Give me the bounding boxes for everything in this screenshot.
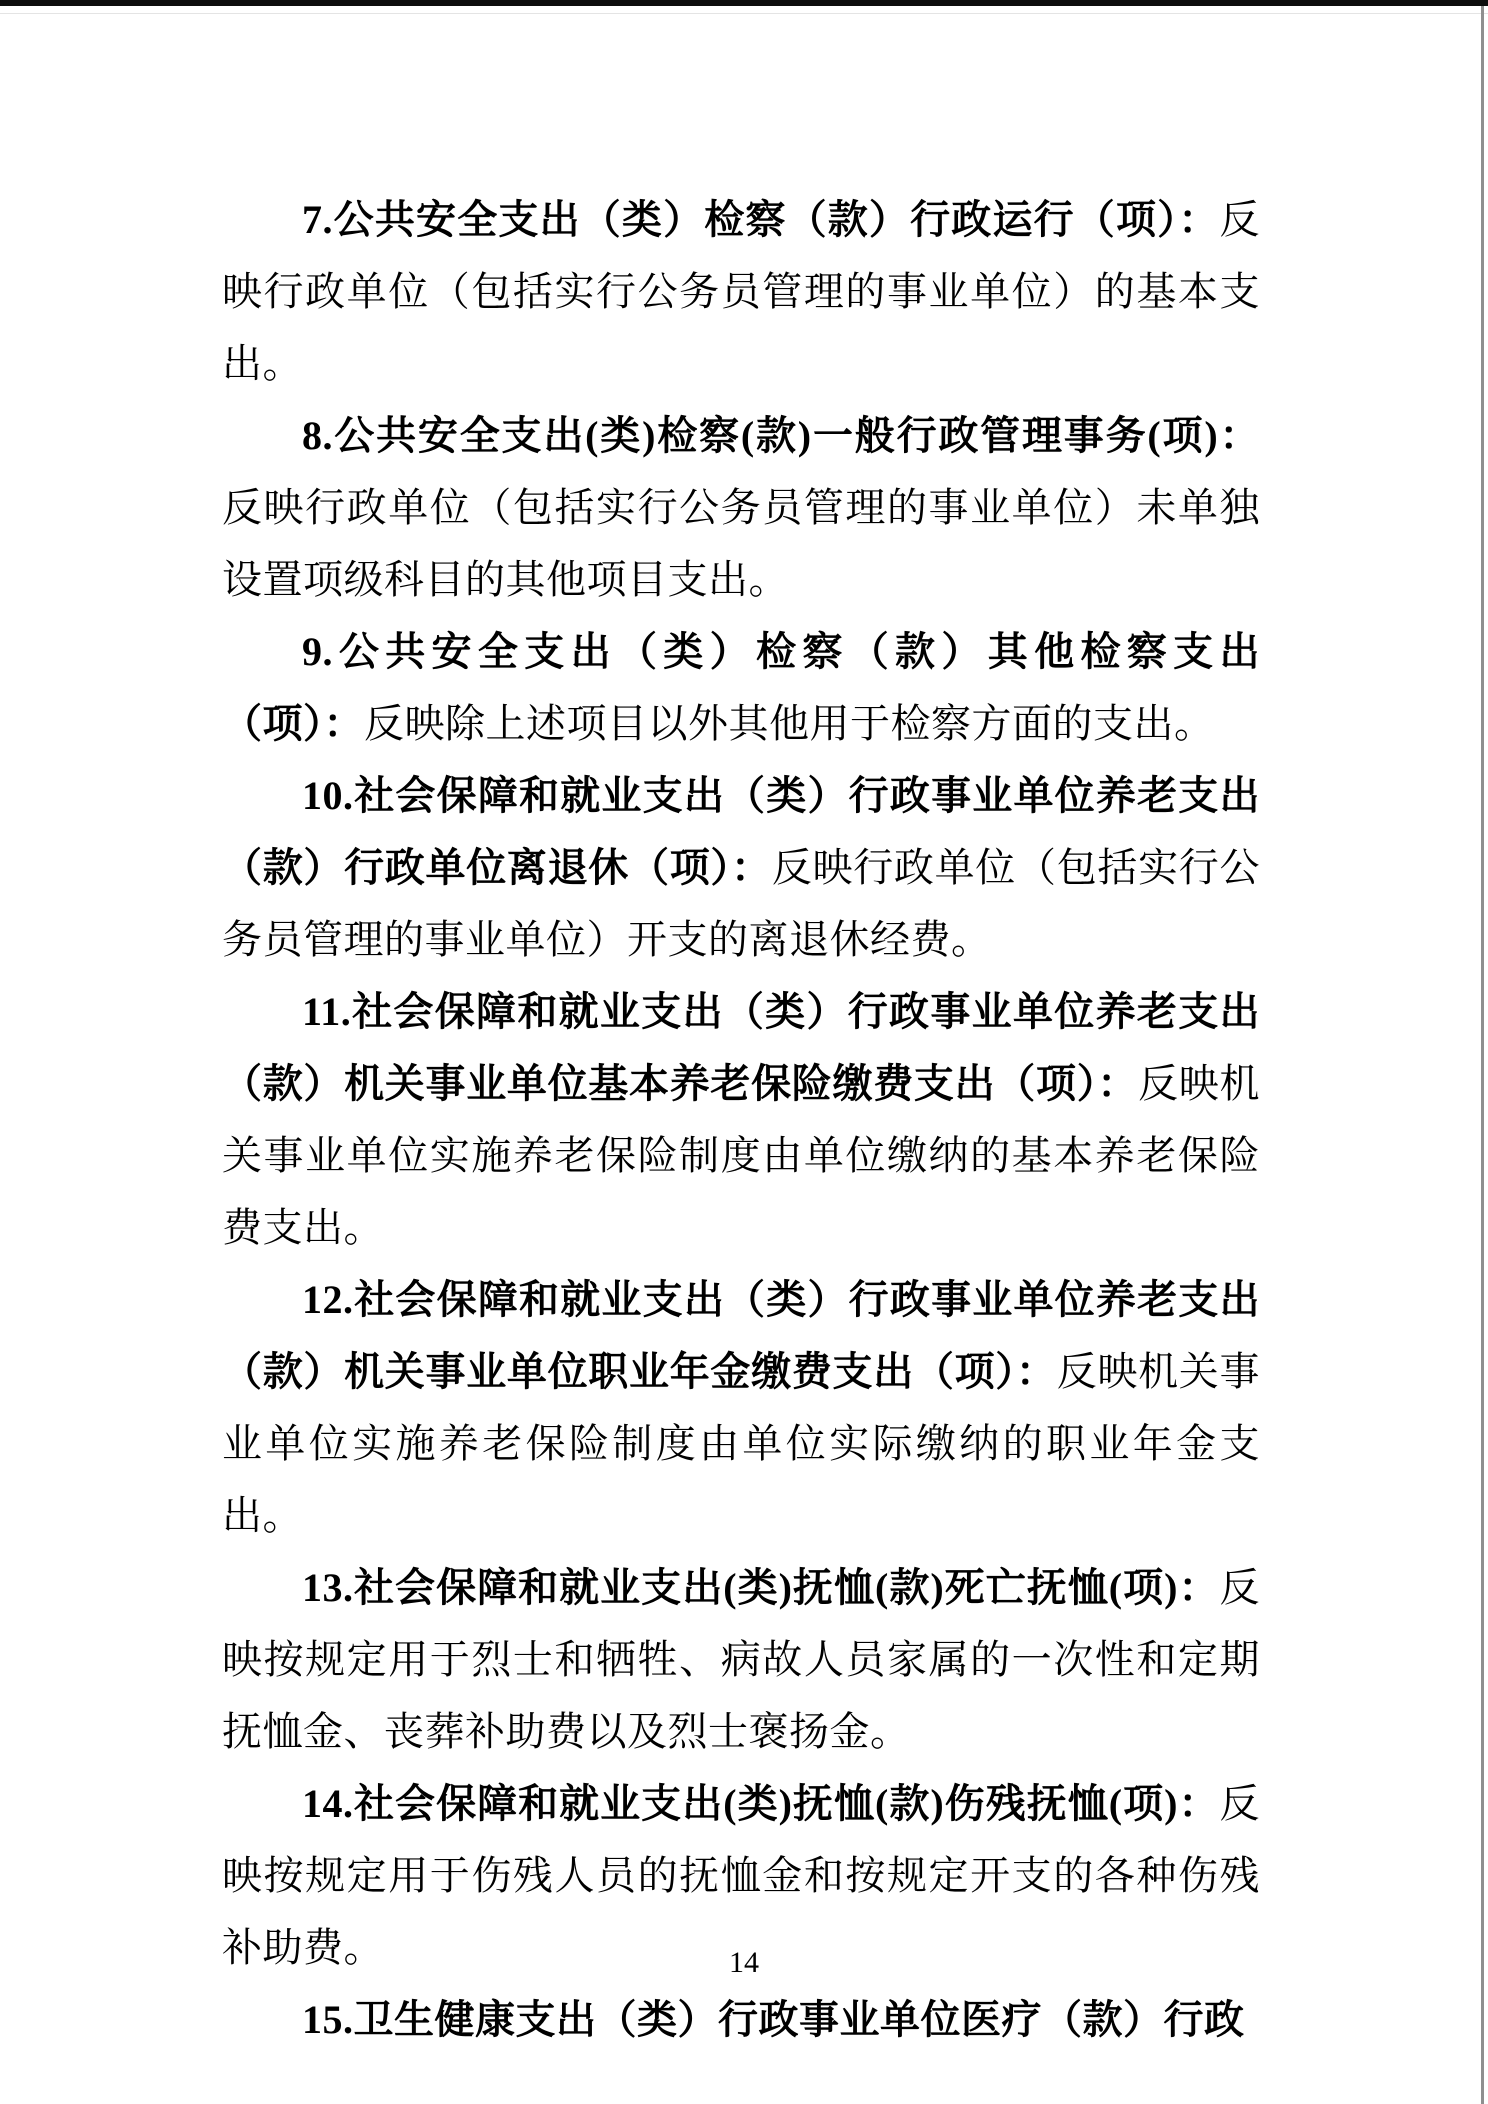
scan-top-edge-shadow bbox=[0, 13, 1488, 14]
budget-item-8-heading: 8.公共安全支出(类)检察(款)一般行政管理事务(项)： bbox=[302, 413, 1260, 458]
budget-item-11: 11.社会保障和就业支出（类）行政事业单位养老支出（款）机关事业单位基本养老保险… bbox=[222, 976, 1260, 1264]
budget-item-9-description: 反映除上述项目以外其他用于检察方面的支出。 bbox=[364, 701, 1215, 746]
page-number: 14 bbox=[0, 1946, 1488, 1980]
text-block: 7.公共安全支出（类）检察（款）行政运行（项）：反映行政单位（包括实行公务员管理… bbox=[222, 184, 1260, 2056]
budget-item-14-heading: 14.社会保障和就业支出(类)抚恤(款)伤残抚恤(项)： bbox=[302, 1781, 1220, 1826]
document-page: 7.公共安全支出（类）检察（款）行政运行（项）：反映行政单位（包括实行公务员管理… bbox=[0, 0, 1488, 2104]
budget-item-8: 8.公共安全支出(类)检察(款)一般行政管理事务(项)：反映行政单位（包括实行公… bbox=[222, 400, 1260, 616]
budget-item-7-heading: 7.公共安全支出（类）检察（款）行政运行（项）： bbox=[302, 197, 1220, 242]
scan-top-edge bbox=[0, 0, 1488, 6]
budget-item-13: 13.社会保障和就业支出(类)抚恤(款)死亡抚恤(项)：反映按规定用于烈士和牺牲… bbox=[222, 1552, 1260, 1768]
budget-item-9: 9.公共安全支出（类）检察（款）其他检察支出（项）：反映除上述项目以外其他用于检… bbox=[222, 616, 1260, 760]
scan-right-edge bbox=[1481, 6, 1484, 2104]
budget-item-8-description: 反映行政单位（包括实行公务员管理的事业单位）未单独设置项级科目的其他项目支出。 bbox=[222, 485, 1260, 602]
budget-item-10: 10.社会保障和就业支出（类）行政事业单位养老支出（款）行政单位离退休（项）：反… bbox=[222, 760, 1260, 976]
budget-item-7: 7.公共安全支出（类）检察（款）行政运行（项）：反映行政单位（包括实行公务员管理… bbox=[222, 184, 1260, 400]
budget-item-15: 15.卫生健康支出（类）行政事业单位医疗（款）行政 bbox=[222, 1984, 1260, 2056]
budget-item-12: 12.社会保障和就业支出（类）行政事业单位养老支出（款）机关事业单位职业年金缴费… bbox=[222, 1264, 1260, 1552]
budget-item-15-heading: 15.卫生健康支出（类）行政事业单位医疗（款）行政 bbox=[302, 1997, 1245, 2042]
budget-item-13-heading: 13.社会保障和就业支出(类)抚恤(款)死亡抚恤(项)： bbox=[302, 1565, 1220, 1610]
budget-item-11-heading: 11.社会保障和就业支出（类）行政事业单位养老支出（款）机关事业单位基本养老保险… bbox=[222, 989, 1260, 1106]
